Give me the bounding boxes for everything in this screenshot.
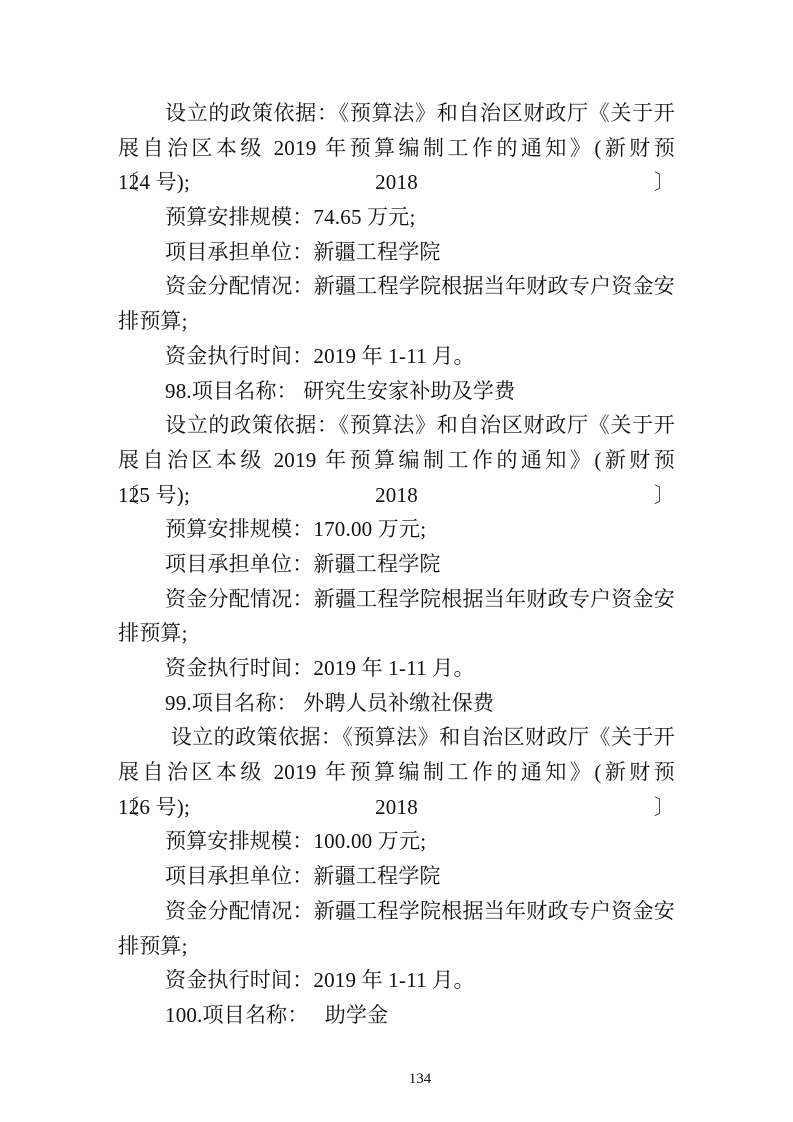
text-line: 排预算; bbox=[118, 304, 675, 339]
document-body: 设立的政策依据：《预算法》和自治区财政厅《关于开展自治区本级 2019 年预算编… bbox=[118, 96, 675, 1033]
text-line: 排预算; bbox=[118, 616, 675, 651]
text-line: 排预算; bbox=[118, 929, 675, 964]
text-line: 100.项目名称： 助学金 bbox=[118, 998, 675, 1033]
text-line: 99.项目名称： 外聘人员补缴社保费 bbox=[118, 686, 675, 721]
text-line: 资金执行时间：2019 年 1-11 月。 bbox=[118, 963, 675, 998]
text-line: 预算安排规模：74.65 万元; bbox=[118, 200, 675, 235]
text-line: 资金分配情况：新疆工程学院根据当年财政专户资金安 bbox=[118, 582, 675, 617]
text-line: 展自治区本级 2019 年预算编制工作的通知》(新财预〔2018〕 bbox=[118, 443, 675, 478]
text-line: 资金执行时间：2019 年 1-11 月。 bbox=[118, 339, 675, 374]
text-line: 资金执行时间：2019 年 1-11 月。 bbox=[118, 651, 675, 686]
text-line: 项目承担单位：新疆工程学院 bbox=[118, 859, 675, 894]
document-page: 设立的政策依据：《预算法》和自治区财政厅《关于开展自治区本级 2019 年预算编… bbox=[0, 0, 793, 1122]
text-line: 设立的政策依据：《预算法》和自治区财政厅《关于开 bbox=[118, 720, 675, 755]
text-line: 展自治区本级 2019 年预算编制工作的通知》(新财预〔2018〕 bbox=[118, 131, 675, 166]
text-line: 设立的政策依据：《预算法》和自治区财政厅《关于开 bbox=[118, 408, 675, 443]
text-line: 项目承担单位：新疆工程学院 bbox=[118, 235, 675, 270]
text-line: 展自治区本级 2019 年预算编制工作的通知》(新财预〔2018〕 bbox=[118, 755, 675, 790]
page-number: 134 bbox=[409, 1069, 432, 1089]
text-line: 98.项目名称： 研究生安家补助及学费 bbox=[118, 374, 675, 409]
text-line: 预算安排规模：100.00 万元; bbox=[118, 824, 675, 859]
text-line: 预算安排规模：170.00 万元; bbox=[118, 512, 675, 547]
text-line: 资金分配情况：新疆工程学院根据当年财政专户资金安 bbox=[118, 894, 675, 929]
text-line: 资金分配情况：新疆工程学院根据当年财政专户资金安 bbox=[118, 269, 675, 304]
text-line: 设立的政策依据：《预算法》和自治区财政厅《关于开 bbox=[118, 96, 675, 131]
text-line: 项目承担单位：新疆工程学院 bbox=[118, 547, 675, 582]
